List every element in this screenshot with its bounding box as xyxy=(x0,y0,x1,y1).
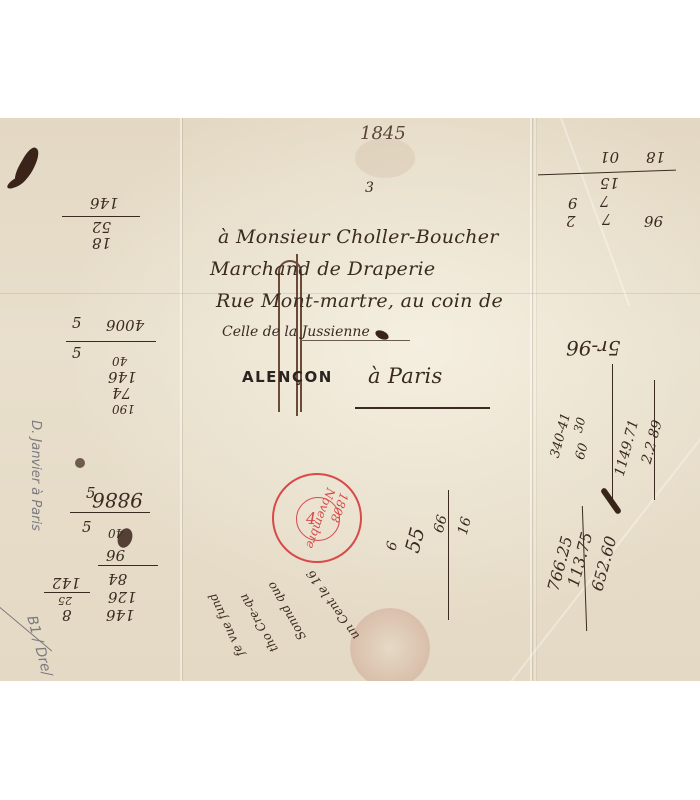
calc-number: 16 xyxy=(455,515,475,536)
calc-number: 126 xyxy=(108,588,137,606)
calc-rule xyxy=(612,364,613,504)
calc-number: 142 xyxy=(52,574,81,592)
small-mark: 3 xyxy=(365,180,374,196)
underline xyxy=(300,340,410,341)
calc-number: 146 xyxy=(90,194,119,212)
calc-rule xyxy=(62,216,140,217)
calc-number: 40 xyxy=(108,526,123,540)
calc-number: 1149.71 xyxy=(612,418,642,478)
address-line-1: à Monsieur Choller-Boucher xyxy=(218,226,499,248)
calc-number: 340-41 xyxy=(548,411,574,459)
pencil-line xyxy=(0,606,52,652)
calc-rule xyxy=(448,490,449,620)
pencil-margin-note: D. Janvier à Paris xyxy=(28,420,43,531)
calc-number: 96 xyxy=(644,212,663,230)
calc-rule xyxy=(44,592,90,593)
calc-number: 5 xyxy=(86,484,96,502)
calc-rule xyxy=(654,380,655,500)
calc-number: 01 xyxy=(600,148,619,166)
calc-number: 5 xyxy=(72,314,82,332)
calc-rule xyxy=(98,565,158,566)
calc-number: 2 xyxy=(566,212,576,230)
address-line-5: à Paris xyxy=(368,364,443,388)
address-line-4: Celle de la Jussienne xyxy=(222,324,370,340)
calc-number: 96 xyxy=(106,546,125,564)
address-line-2: Marchand de Draperie xyxy=(210,258,435,280)
calc-number: 55 xyxy=(400,525,430,556)
underline xyxy=(355,407,490,409)
calc-number: 18 xyxy=(92,234,111,252)
calc-number: 8 xyxy=(62,606,72,624)
calc-number: 7 xyxy=(602,210,612,228)
calc-number: 2.2 89 xyxy=(639,418,666,465)
calc-number: 84 xyxy=(108,570,127,588)
inverted-note: un Cent le 16 xyxy=(304,567,362,642)
calc-number: 146 xyxy=(106,606,135,624)
ink-blot xyxy=(75,458,85,468)
ink-stroke xyxy=(600,487,622,515)
fold-line xyxy=(530,118,532,681)
calc-rule xyxy=(70,512,150,513)
address-line-3: Rue Mont-martre, au coin de xyxy=(216,290,503,312)
letter-paper: 1845 3 à Monsieur Choller-Boucher Marcha… xyxy=(0,118,700,681)
calc-number: 9 xyxy=(568,194,578,212)
pencil-corner-note: B1 / Dre/ xyxy=(23,614,55,678)
calc-number: 9886 xyxy=(92,488,143,512)
calc-number: 18 xyxy=(646,148,665,166)
calc-number: 74 xyxy=(112,384,131,402)
calc-number: 30 xyxy=(571,416,588,434)
stain xyxy=(355,138,415,178)
wax-seal-stain xyxy=(350,608,430,681)
calc-number: 5 xyxy=(82,518,92,536)
origin-postmark: ALENÇON xyxy=(242,368,333,386)
calc-number: 5r-96 xyxy=(566,336,621,360)
calc-number: 6 xyxy=(384,540,402,553)
fold-line xyxy=(534,118,536,681)
calc-number: 190 xyxy=(112,402,135,416)
calc-number: 60 xyxy=(573,442,592,462)
calc-number: 5 xyxy=(72,344,82,362)
year-note: 1845 xyxy=(360,123,406,144)
fold-line xyxy=(180,118,182,681)
calc-number: 15 xyxy=(600,174,619,192)
calc-rule xyxy=(66,341,156,342)
red-datestamp: 4 1808 Novembre xyxy=(272,473,362,563)
calc-number: 40 xyxy=(112,354,127,368)
calc-number: 4006 xyxy=(106,316,144,334)
calc-number: 7 xyxy=(600,192,610,210)
